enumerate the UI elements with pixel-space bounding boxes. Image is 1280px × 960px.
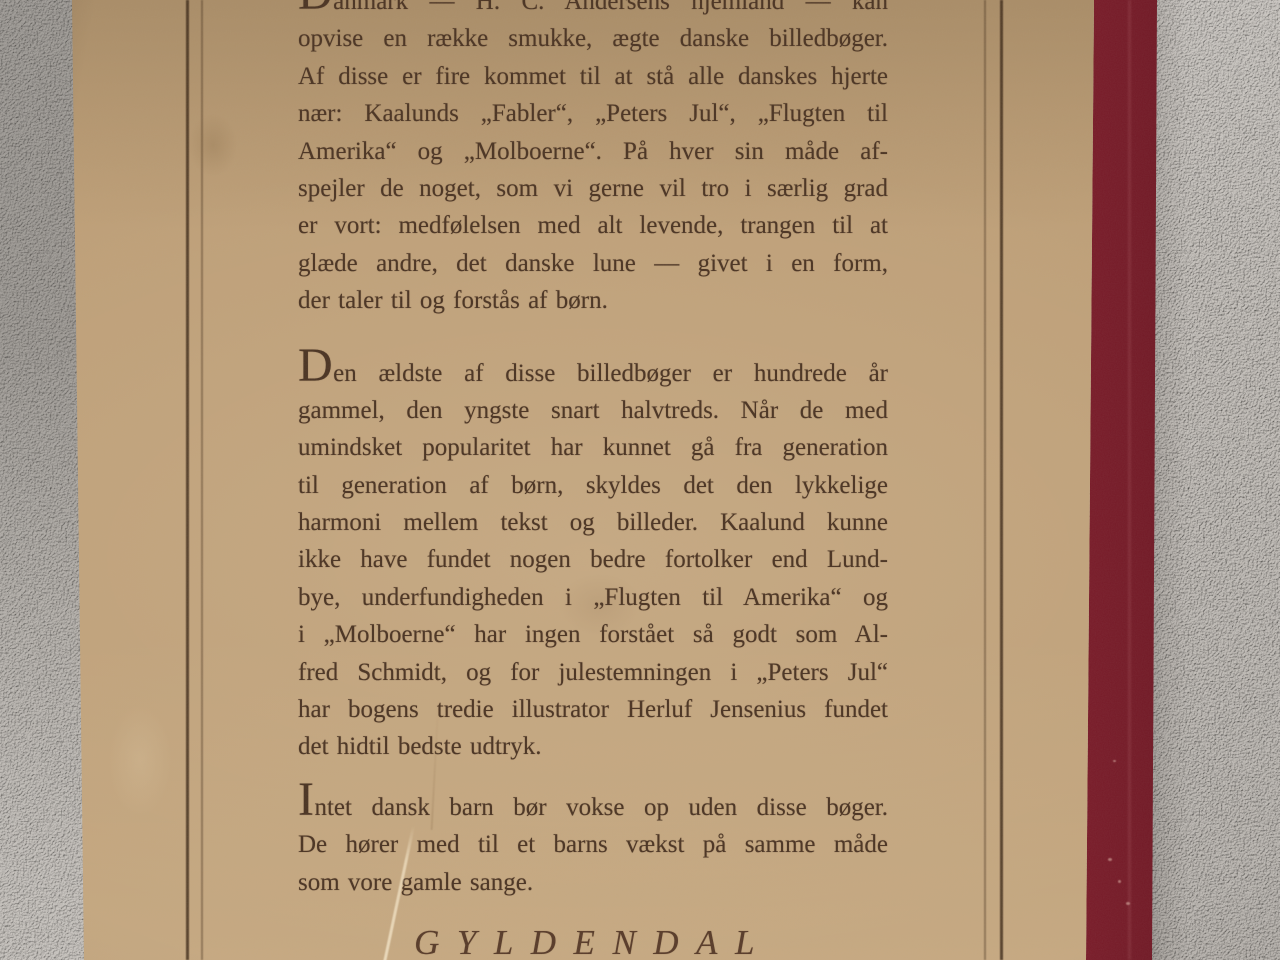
paragraph-1: Danmark — H. C. Andersens hjemland — kan… (298, 0, 888, 320)
paragraph-initial-capital: D (298, 339, 333, 392)
cover-border-rule-right-inner (984, 0, 986, 960)
text-line-rest: en ældste af disse billedbøger er hundre… (333, 360, 888, 387)
text-line: nær: Kaalunds „Fabler“, „Peters Jul“, „F… (298, 95, 888, 132)
paper-stain (95, 680, 185, 840)
paragraph-initial-capital: D (298, 0, 333, 20)
paragraph-2: Den ældste af disse billedbøger er hundr… (298, 355, 888, 766)
text-line: spejler de noget, som vi gerne vil tro i… (298, 170, 888, 207)
text-line-rest: ntet dansk barn bør vokse op uden disse … (314, 794, 888, 821)
text-line: Danmark — H. C. Andersens hjemland — kan (298, 0, 888, 20)
text-line: opvise en række smukke, ægte danske bill… (298, 20, 888, 57)
spine-wear-mark (1108, 858, 1112, 861)
wall-right (1140, 0, 1280, 960)
back-cover-text: Danmark — H. C. Andersens hjemland — kan… (298, 0, 888, 960)
text-line: bye, underfundigheden i „Flugten til Ame… (298, 579, 888, 616)
text-line: det hidtil bedste udtryk. (298, 728, 888, 765)
text-line: gammel, den yngste snart halvtreds. Når … (298, 392, 888, 429)
text-line: Amerika“ og „Molboerne“. På hver sin måd… (298, 133, 888, 170)
text-line: Intet dansk barn bør vokse op uden disse… (298, 789, 888, 826)
spine-wear-mark (1113, 760, 1116, 762)
text-line: umindsket popularitet har kunnet gå fra … (298, 429, 888, 466)
text-line: De hører med til et barns vækst på samme… (298, 826, 888, 863)
text-line: ikke have fundet nogen bedre fortolker e… (298, 541, 888, 578)
paper-stain (178, 100, 248, 190)
text-line: Den ældste af disse billedbøger er hundr… (298, 355, 888, 392)
spine-wear-mark (1126, 902, 1130, 905)
text-line: er vort: medfølelsen med alt levende, tr… (298, 207, 888, 244)
text-line: der taler til og forstås af børn. (298, 282, 888, 319)
spine-wear-mark (1118, 880, 1121, 883)
text-line: til generation af børn, skyldes det den … (298, 467, 888, 504)
text-line: fred Schmidt, og for julestemningen i „P… (298, 654, 888, 691)
text-line: Af disse er fire kommet til at stå alle … (298, 58, 888, 95)
cover-border-rule-right-outer (1000, 0, 1003, 960)
paragraph-initial-capital: I (298, 773, 314, 826)
text-line: harmoni mellem tekst og billeder. Kaalun… (298, 504, 888, 541)
text-line: i „Molboerne“ har ingen forstået så godt… (298, 616, 888, 653)
paragraph-3: Intet dansk barn bør vokse op uden disse… (298, 789, 888, 901)
text-line: har bogens tredie illustrator Herluf Jen… (298, 691, 888, 728)
spine-highlight (1128, 0, 1131, 960)
text-line: glæde andre, det danske lune — givet i e… (298, 245, 888, 282)
text-line-rest: anmark — H. C. Andersens hjemland — kan (333, 0, 888, 15)
text-line: som vore gamle sange. (298, 864, 888, 901)
book-photo-scene: Danmark — H. C. Andersens hjemland — kan… (0, 0, 1280, 960)
